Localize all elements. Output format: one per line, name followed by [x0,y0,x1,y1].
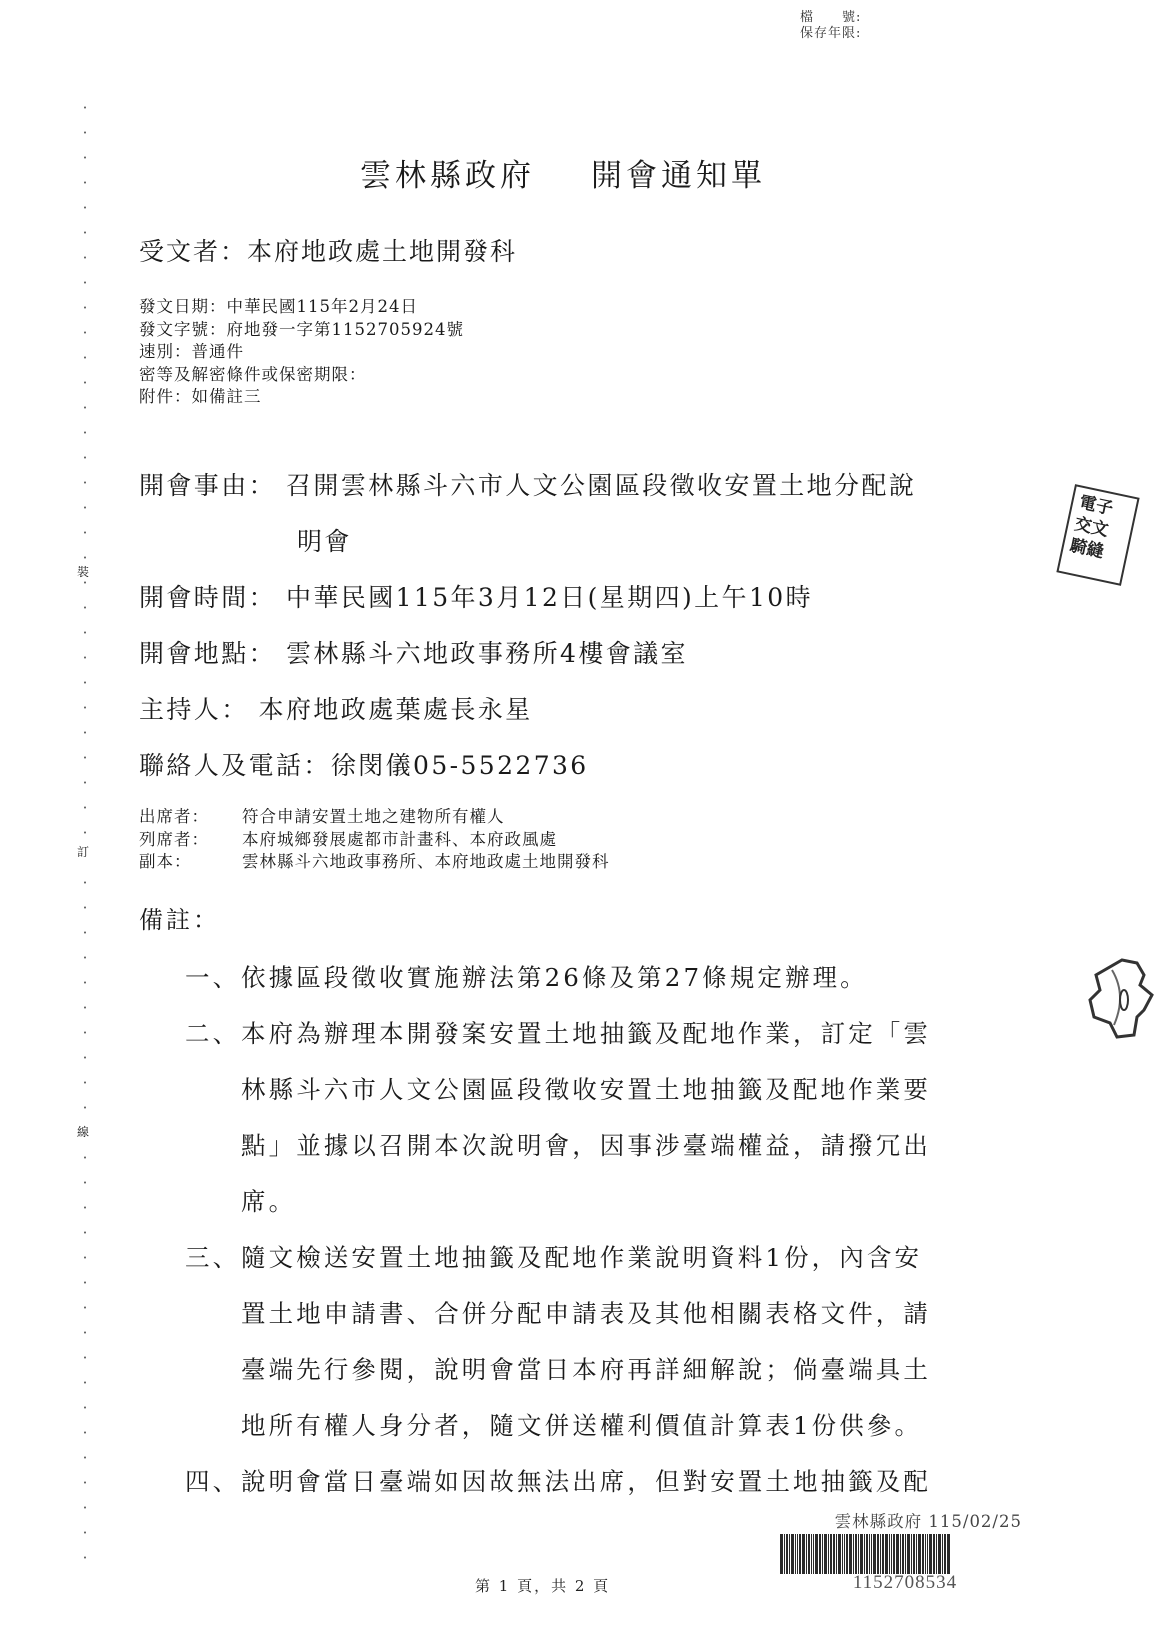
urgency: 速別：普通件 [139,341,464,364]
meeting-place: 開會地點：雲林縣斗六地政事務所4樓會議室 [139,634,688,670]
contact-label: 聯絡人及電話： [139,751,331,780]
time-value: 中華民國115年3月12日(星期四)上午10時 [286,583,813,612]
place-value: 雲林縣斗六地政事務所4樓會議室 [286,639,688,668]
binding-mark-zhuang: 裝 [77,563,89,581]
contact-value: 徐閔儀05-5522736 [331,751,589,780]
binding-mark-ding: 訂 [77,843,89,861]
chair-value: 本府地政處葉處長永星 [259,695,533,724]
recipient-label: 受文者： [139,237,247,266]
note-item-4: 四、 說明會當日臺端如因故無法出席，但對安置土地抽籤及配 [185,1454,1025,1510]
gear-seal-stamp-icon [1082,955,1158,1045]
page-number: 第 1 頁，共 2 頁 [475,1575,610,1596]
observer-row: 列席者：本府城鄉發展處都市計畫科、本府政風處 [139,829,610,852]
time-label: 開會時間： [139,583,276,612]
file-number-label: 檔 號: [800,10,861,26]
note-item-3: 三、 隨文檢送安置土地抽籤及配地作業說明資料1份，內含安 置土地申請書、合併分配… [185,1230,1025,1454]
barcode-icon [780,1534,1030,1574]
attendees: 出席者：符合申請安置土地之建物所有權人 列席者：本府城鄉發展處都市計畫科、本府政… [139,806,610,874]
classification: 密等及解密條件或保密期限： [139,364,464,387]
meeting-contact: 聯絡人及電話：徐閔儀05-5522736 [139,746,589,782]
attendee-row: 出席者：符合申請安置土地之建物所有權人 [139,806,610,829]
file-meta: 檔 號: 保存年限: [800,10,861,42]
place-label: 開會地點： [139,639,276,668]
subject-value-line1: 召開雲林縣斗六市人文公園區段徵收安置土地分配說 [286,471,916,500]
subject-value-line2: 明會 [297,527,352,556]
notes-label: 備註： [139,900,220,935]
electronic-seal-stamp-icon: 電子交文騎縫 [1056,484,1139,586]
attachment: 附件：如備註三 [139,386,464,409]
subject-label: 開會事由： [139,471,276,500]
document-title: 雲林縣政府開會通知單 [360,150,766,195]
chair-label: 主持人： [139,695,249,724]
recipient: 受文者：本府地政處土地開發科 [139,232,517,268]
note-item-2: 二、 本府為辦理本開發案安置土地抽籤及配地作業，訂定「雲 林縣斗六市人文公園區段… [185,1006,1025,1230]
barcode-caption: 雲林縣政府 115/02/25 [780,1508,1030,1532]
recipient-value: 本府地政處土地開發科 [247,237,517,266]
issue-date: 發文日期：中華民國115年2月24日 [139,296,464,319]
barcode-number: 1152708534 [780,1572,1030,1594]
note-item-1: 一、 依據區段徵收實施辦法第26條及第27條規定辦理。 [185,950,1025,1006]
cc-row: 副本：雲林縣斗六地政事務所、本府地政處土地開發科 [139,851,610,874]
barcode-block: 雲林縣政府 115/02/25 1152708534 [780,1508,1030,1594]
title-org: 雲林縣政府 [360,158,535,194]
issue-info: 發文日期：中華民國115年2月24日 發文字號：府地發一字第1152705924… [139,296,464,409]
title-doc-type: 開會通知單 [591,158,766,194]
issue-number: 發文字號：府地發一字第1152705924號 [139,319,464,342]
binding-mark-xian: 線 [77,1123,89,1141]
meeting-time: 開會時間：中華民國115年3月12日(星期四)上午10時 [139,578,813,614]
meeting-subject-cont: 明會 [297,522,352,558]
meeting-subject: 開會事由：召開雲林縣斗六市人文公園區段徵收安置土地分配說 [139,466,916,502]
binding-line [83,95,87,1575]
meeting-chair: 主持人：本府地政處葉處長永星 [139,690,533,726]
retention-period-label: 保存年限: [800,26,861,42]
